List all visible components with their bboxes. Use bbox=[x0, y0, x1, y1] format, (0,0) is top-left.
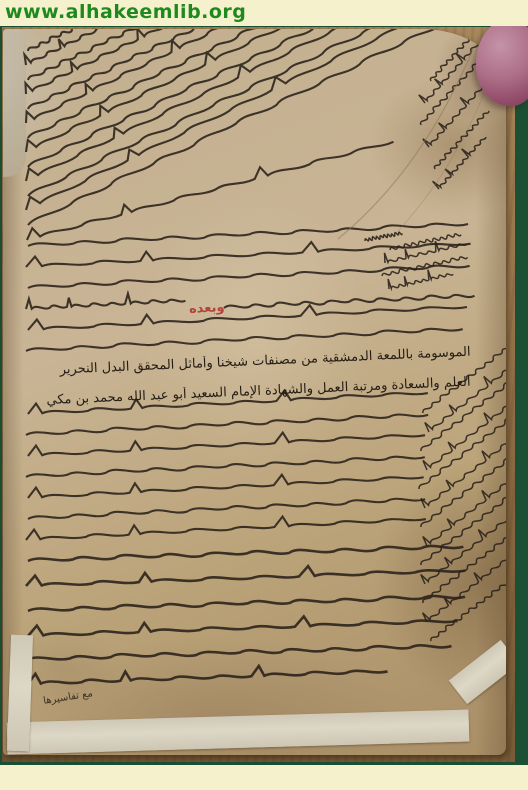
watermark-strip-bottom bbox=[0, 765, 528, 790]
repair-tape-left bbox=[7, 635, 33, 752]
manuscript-photo: وبعده الموسومة باللمعة الدمشقية من مصنفا… bbox=[0, 26, 528, 765]
lower-text-block bbox=[26, 543, 466, 684]
top-diagonal-text-block bbox=[22, 29, 443, 241]
interlinear-note-block bbox=[364, 230, 467, 290]
rubricated-word: وبعده bbox=[189, 300, 225, 317]
fold-creases bbox=[338, 49, 485, 239]
watermark-strip-top: www.alhakeemlib.org bbox=[0, 0, 528, 26]
library-watermark-text: www.alhakeemlib.org bbox=[5, 1, 246, 23]
wood-table-background: وبعده الموسومة باللمعة الدمشقية من مصنفا… bbox=[2, 27, 515, 762]
manuscript-page: وبعده الموسومة باللمعة الدمشقية من مصنفا… bbox=[3, 29, 506, 755]
